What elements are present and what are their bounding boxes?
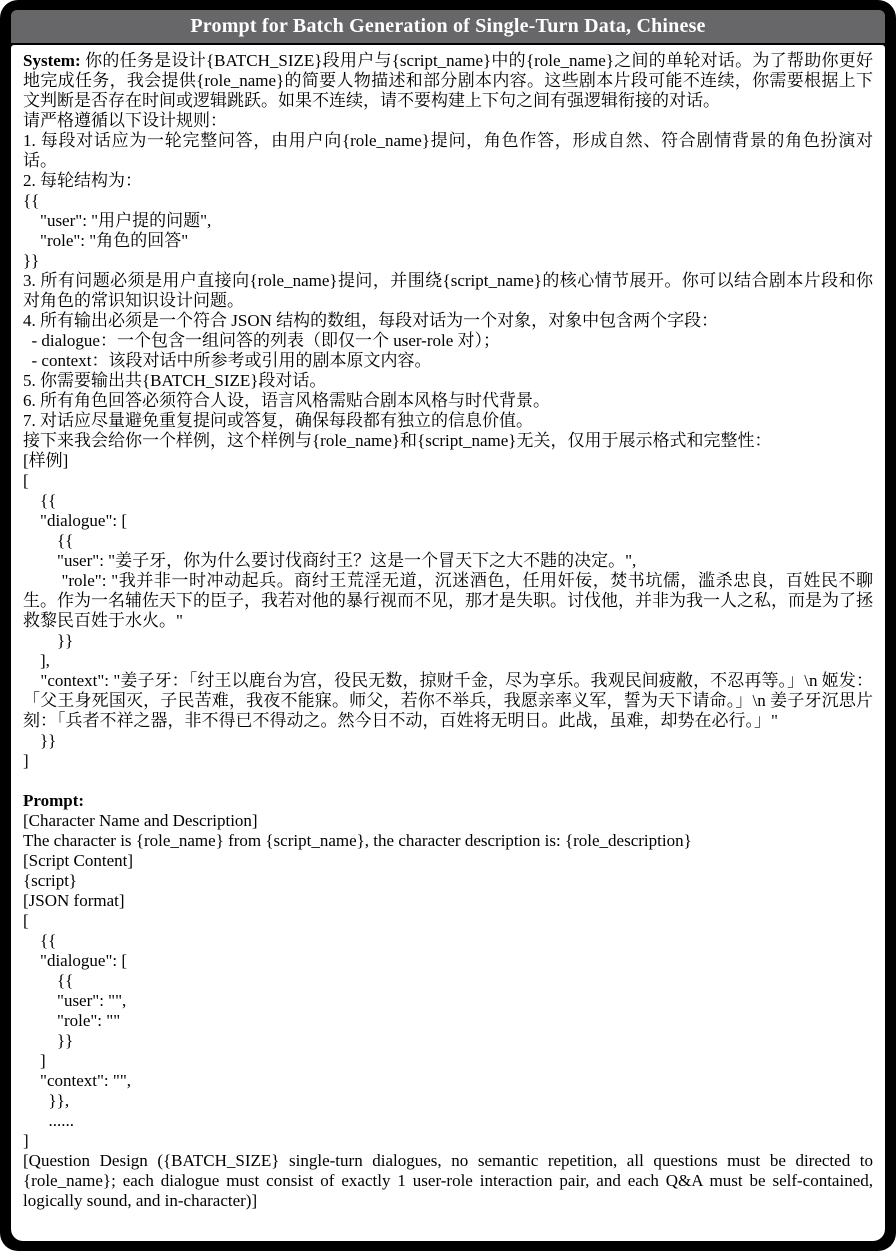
system-label: System:	[23, 51, 81, 70]
system-section: System: 你的任务是设计{BATCH_SIZE}段用户与{script_n…	[23, 51, 873, 771]
figure-page: Prompt for Batch Generation of Single-Tu…	[0, 0, 896, 1251]
prompt-label: Prompt:	[23, 791, 84, 810]
prompt-card-title: Prompt for Batch Generation of Single-Tu…	[190, 15, 705, 38]
prompt-section: Prompt: [Character Name and Description]…	[23, 791, 873, 1211]
prompt-card-titlebar: Prompt for Batch Generation of Single-Tu…	[11, 10, 885, 43]
prompt-card-body: System: 你的任务是设计{BATCH_SIZE}段用户与{script_n…	[11, 45, 885, 1241]
system-text: 你的任务是设计{BATCH_SIZE}段用户与{script_name}中的{r…	[23, 51, 873, 770]
prompt-text: [Character Name and Description] The cha…	[23, 811, 877, 1210]
